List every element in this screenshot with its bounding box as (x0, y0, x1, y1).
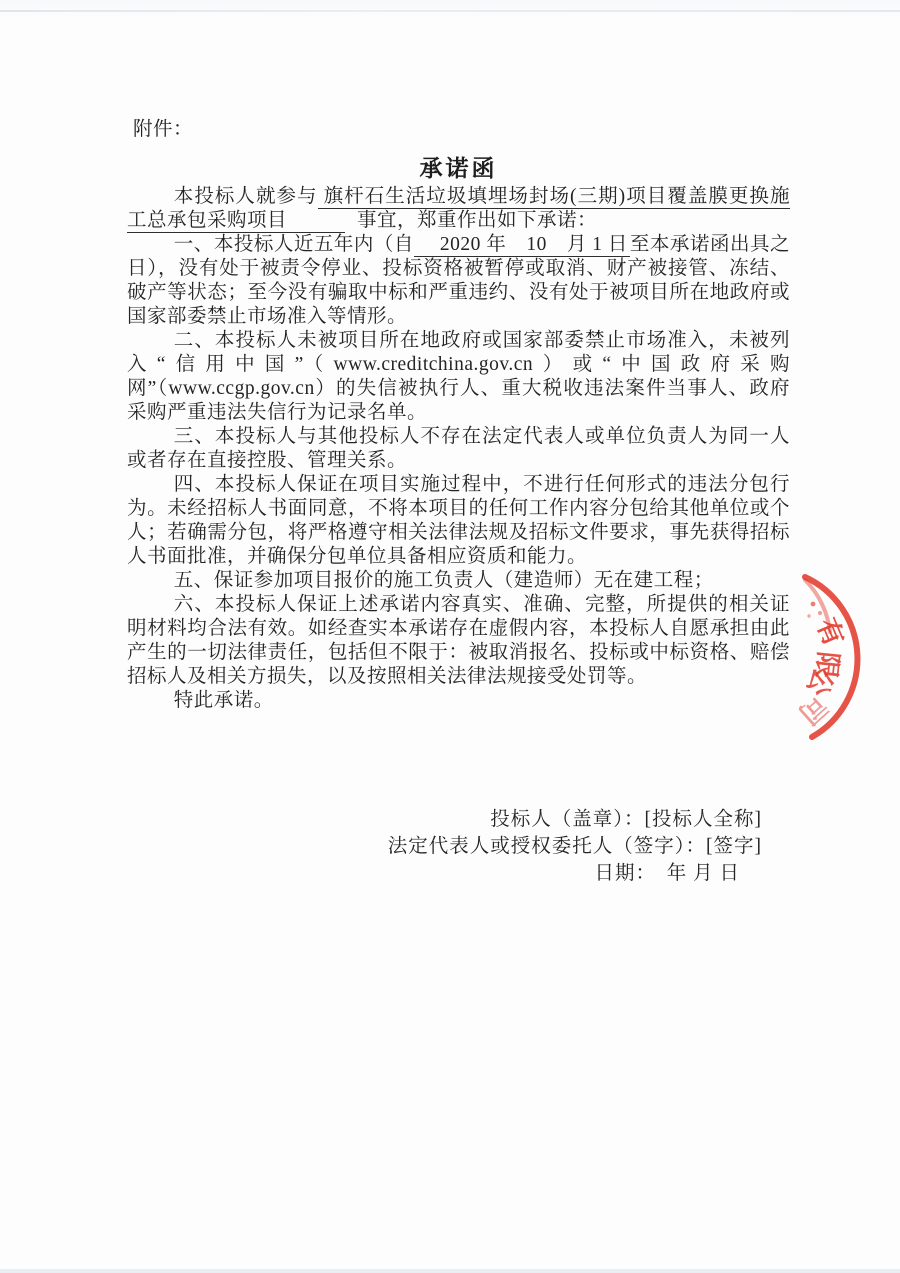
clause-1: 一、本投标人近五年内（自 2020 年 10 月 1 日至本承诺函出具之日），没… (127, 233, 790, 329)
clause-3: 三、本投标人与其他投标人不存在法定代表人或单位负责人为同一人或者存在直接控股、管… (127, 425, 790, 473)
page-title: 承诺函 (127, 153, 790, 185)
clause-1-date: 2020 年 10 月 1 日 (420, 234, 628, 255)
clause-1-pre: 一、本投标人近五年内（自 (174, 234, 414, 255)
clause-5: 五、保证参加项目报价的施工负责人（建造师）无在建工程； (127, 569, 790, 593)
attachment-label: 附件： (133, 118, 790, 142)
closing-statement: 特此承诺。 (127, 689, 790, 713)
signature-block: 投标人（盖章）：[投标人全称] 法定代表人或授权委托人（签字）：[签字] 日期：… (127, 806, 790, 887)
scan-edge-artifact-bottom (0, 1269, 900, 1273)
clause-6: 六、本投标人保证上述承诺内容真实、准确、完整，所提供的相关证明材料均合法有效。如… (127, 593, 790, 689)
signature-representative-line: 法定代表人或授权委托人（签字）：[签字] (127, 833, 762, 860)
intro-paragraph: 本投标人就参与旗杆石生活垃圾填埋场封场(三期)项目覆盖膜更换施工总承包采购项目事… (127, 185, 790, 233)
scanned-page: 附件： 承诺函 本投标人就参与旗杆石生活垃圾填埋场封场(三期)项目覆盖膜更换施工… (0, 0, 900, 1273)
clause-4: 四、本投标人保证在项目实施过程中，不进行任何形式的违法分包行为。未经招标人书面同… (127, 473, 790, 569)
clause-1-date-underlined: 2020 年 10 月 1 日 (414, 234, 630, 257)
signature-date-line: 日期： 年 月 日 (127, 860, 762, 887)
signature-bidder-line: 投标人（盖章）：[投标人全称] (127, 806, 762, 833)
commitment-letter: 附件： 承诺函 本投标人就参与旗杆石生活垃圾填埋场封场(三期)项目覆盖膜更换施工… (0, 0, 900, 887)
intro-suffix: 事宜，郑重作出如下承诺： (357, 210, 597, 231)
intro-prefix: 本投标人就参与 (174, 186, 318, 207)
clause-2: 二、本投标人未被项目所在地政府或国家部委禁止市场准入，未被列入“信用中国”（ww… (127, 329, 790, 425)
